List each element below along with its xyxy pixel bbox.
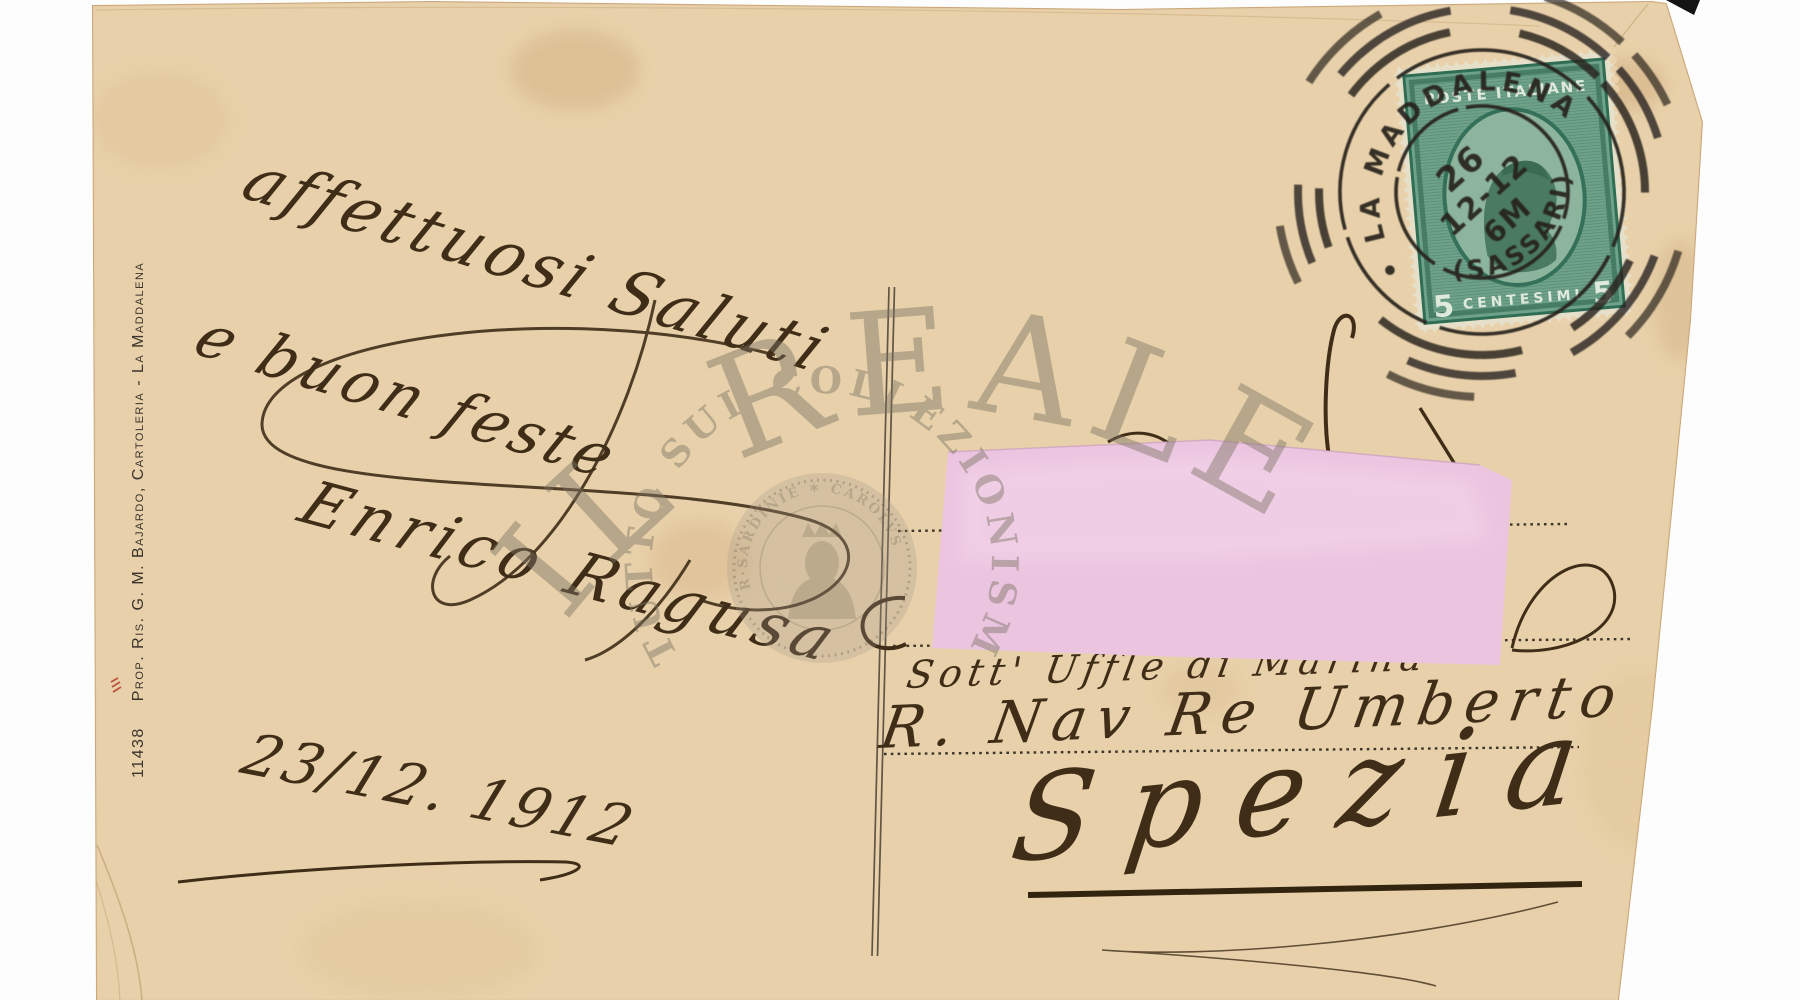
stamp-value-left: 5 [1432,289,1456,326]
stain [510,30,640,110]
postcard: 11438 Prop. Ris. G. M. Bajardo, Cartoler… [90,0,1772,1000]
publisher-name: Prop. Ris. G. M. Bajardo, Cartoleria - L… [130,262,147,702]
catalog-number: 11438 [130,727,147,778]
postcard-scan-canvas: 11438 Prop. Ris. G. M. Bajardo, Cartoler… [0,0,1800,1000]
stain [90,70,230,170]
scanned-postcard-image: 11438 Prop. Ris. G. M. Bajardo, Cartoler… [0,0,1800,1000]
publisher-imprint: 11438 Prop. Ris. G. M. Bajardo, Cartoler… [130,262,147,778]
watermark-coin: R·SARDINIE ✶ CAROLVS [727,473,917,663]
stain [300,900,540,1000]
